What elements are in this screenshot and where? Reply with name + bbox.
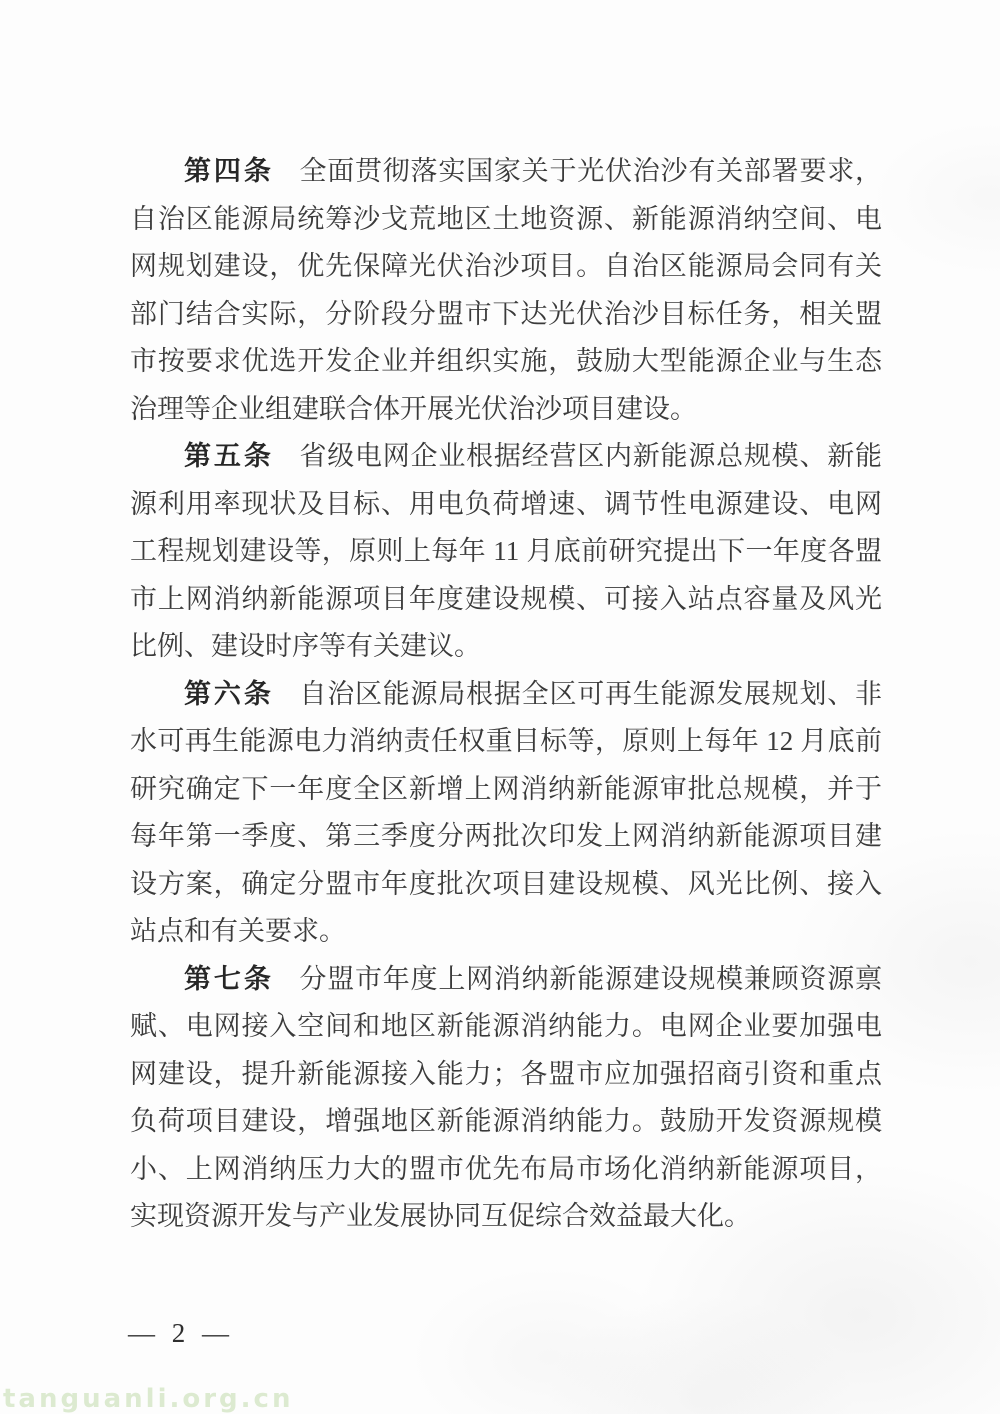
article-4-text: 全面贯彻落实国家关于光伏治沙有关部署要求，自治区能源局统筹沙戈荒地区土地资源、新… bbox=[130, 156, 882, 424]
article-7-number: 第七条 bbox=[184, 964, 274, 994]
document-page: 第四条全面贯彻落实国家关于光伏治沙有关部署要求，自治区能源局统筹沙戈荒地区土地资… bbox=[0, 0, 1000, 1414]
article-5-number: 第五条 bbox=[184, 441, 274, 471]
article-7-paragraph: 第七条分盟市年度上网消纳新能源建设规模兼顾资源禀赋、电网接入空间和地区新能源消纳… bbox=[130, 956, 882, 1241]
article-4-paragraph: 第四条全面贯彻落实国家关于光伏治沙有关部署要求，自治区能源局统筹沙戈荒地区土地资… bbox=[130, 148, 882, 433]
article-5-paragraph: 第五条省级电网企业根据经营区内新能源总规模、新能源利用率现状及目标、用电负荷增速… bbox=[130, 433, 882, 671]
article-6-text: 自治区能源局根据全区可再生能源发展规划、非水可再生能源电力消纳责任权重目标等，原… bbox=[130, 679, 882, 947]
article-6-paragraph: 第六条自治区能源局根据全区可再生能源发展规划、非水可再生能源电力消纳责任权重目标… bbox=[130, 671, 882, 956]
article-7-text: 分盟市年度上网消纳新能源建设规模兼顾资源禀赋、电网接入空间和地区新能源消纳能力。… bbox=[130, 964, 882, 1232]
article-5-text: 省级电网企业根据经营区内新能源总规模、新能源利用率现状及目标、用电负荷增速、调节… bbox=[130, 441, 882, 661]
page-number: — 2 — bbox=[128, 1318, 229, 1349]
site-watermark: tanguanli.org.cn bbox=[3, 1384, 293, 1414]
article-4-number: 第四条 bbox=[184, 156, 274, 186]
document-body: 第四条全面贯彻落实国家关于光伏治沙有关部署要求，自治区能源局统筹沙戈荒地区土地资… bbox=[130, 148, 882, 1241]
article-6-number: 第六条 bbox=[184, 679, 274, 709]
